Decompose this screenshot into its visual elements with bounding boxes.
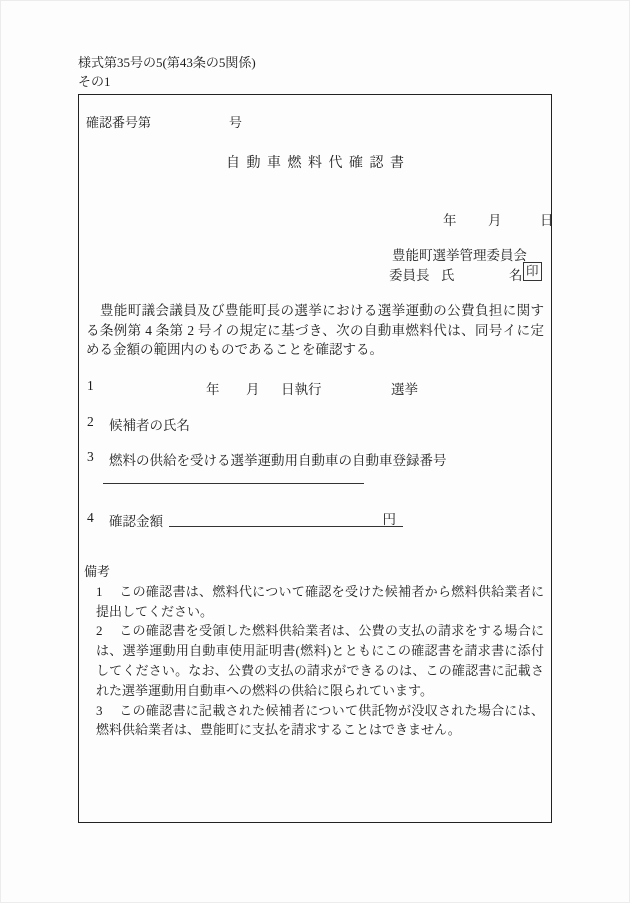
- note-number: 3: [96, 701, 119, 721]
- item-confirmed-amount-row: 4 確認金額 円: [79, 510, 551, 530]
- item-number: 1: [87, 378, 94, 394]
- note-number: 2: [96, 621, 119, 641]
- remarks-note: 3この確認書に記載された候補者について供託物が没収された場合には、燃料供給業者は…: [96, 701, 544, 741]
- election-day-exec-label: 日執行: [281, 378, 322, 398]
- remarks-section: 備考 1この確認書は、燃料代について確認を受けた候補者から燃料供給業者に提出して…: [84, 562, 544, 740]
- issuer-organization: 豊能町選挙管理委員会: [392, 244, 527, 264]
- form-part-label: その1: [78, 74, 111, 90]
- confirmation-number-prefix: 確認番号第: [86, 115, 151, 130]
- note-number: 1: [96, 582, 119, 602]
- item-number: 3: [87, 449, 94, 465]
- item-number: 2: [87, 414, 94, 430]
- month-label: 月: [488, 209, 502, 229]
- yen-unit-label: 円: [383, 512, 397, 527]
- item-registration-number-row: 3 燃料の供給を受ける選挙運動用自動車の自動車登録番号: [79, 449, 551, 469]
- election-month-label: 月: [246, 378, 260, 398]
- item-number: 4: [87, 510, 94, 526]
- note-text: この確認書に記載された候補者について供託物が没収された場合には、燃料供給業者は、…: [96, 703, 544, 738]
- issue-date-line: 年 月 日: [79, 209, 551, 227]
- form-frame: 確認番号第 号 自動車燃料代確認書 年 月 日 豊能町選挙管理委員会 委員長 氏…: [78, 94, 552, 823]
- item-label: 候補者の氏名: [109, 414, 190, 434]
- body-paragraph: 豊能町議会議員及び豊能町長の選挙における選挙運動の公費負担に関する条例第 4 条…: [86, 301, 544, 360]
- election-label: 選挙: [391, 378, 418, 398]
- seal-mark: 印: [523, 262, 542, 281]
- givenname-label: 名: [509, 264, 523, 284]
- document-title: 自動車燃料代確認書: [79, 152, 551, 172]
- document-page: 様式第35号の5(第43条の5関係) その1 確認番号第 号 自動車燃料代確認書…: [0, 0, 630, 903]
- remarks-note: 2この確認書を受領した燃料供給業者は、公費の支払の請求をする場合には、選挙運動用…: [96, 621, 544, 700]
- confirmation-number-suffix: 号: [229, 112, 242, 131]
- surname-label: 氏: [441, 264, 455, 284]
- remarks-note: 1この確認書は、燃料代について確認を受けた候補者から燃料供給業者に提出してくださ…: [96, 582, 544, 622]
- year-label: 年: [443, 209, 457, 229]
- item-label: 確認金額: [109, 510, 163, 530]
- confirmation-number-line: 確認番号第 号: [86, 112, 151, 131]
- note-text: この確認書は、燃料代について確認を受けた候補者から燃料供給業者に提出してください…: [96, 584, 544, 619]
- amount-blank-line: 円: [169, 508, 403, 527]
- issuer-chairman-line: 委員長 氏 名 印: [79, 264, 551, 286]
- item-label: 燃料の供給を受ける選挙運動用自動車の自動車登録番号: [109, 449, 447, 469]
- registration-number-blank-line: [103, 467, 364, 484]
- note-text: この確認書を受領した燃料供給業者は、公費の支払の請求をする場合には、選挙運動用自…: [96, 623, 544, 697]
- day-label: 日: [540, 209, 554, 229]
- election-year-label: 年: [206, 378, 220, 398]
- item-election-row: 1 年 月 日執行 選挙: [79, 378, 551, 398]
- chairman-title: 委員長: [389, 264, 430, 284]
- remarks-label: 備考: [84, 562, 544, 582]
- item-candidate-name-row: 2 候補者の氏名: [79, 414, 551, 434]
- form-style-number: 様式第35号の5(第43条の5関係): [78, 55, 256, 71]
